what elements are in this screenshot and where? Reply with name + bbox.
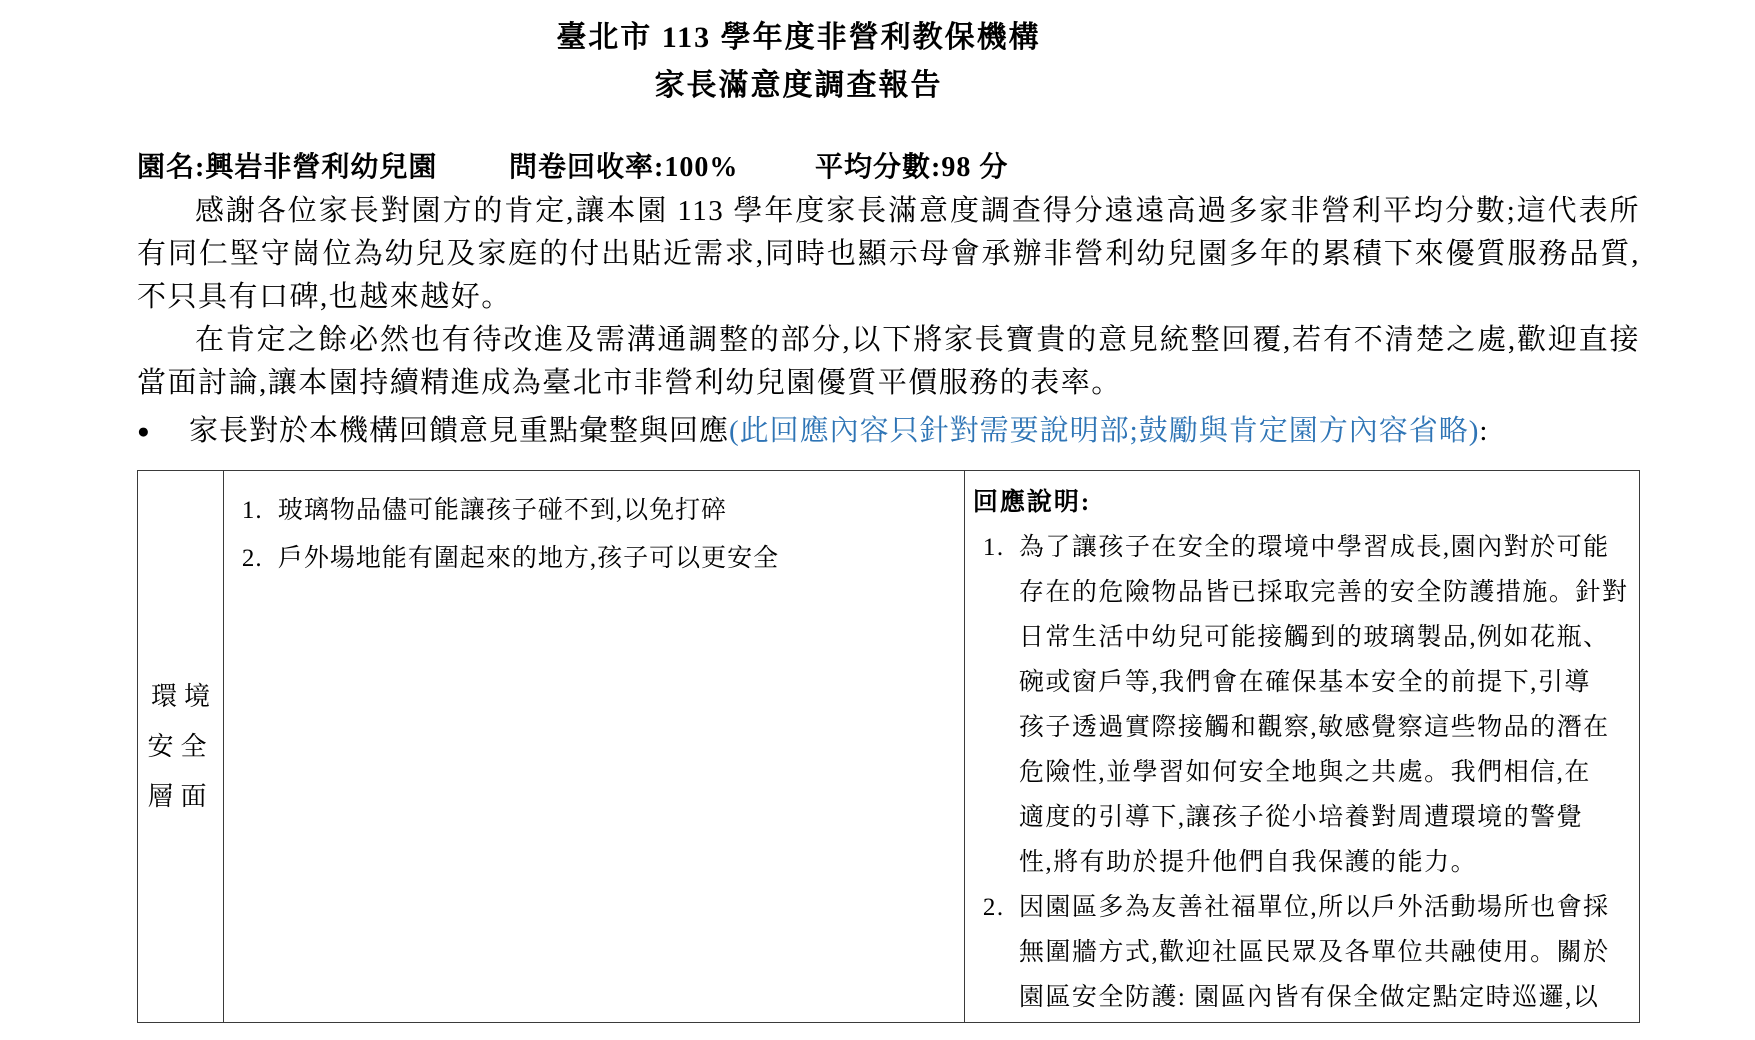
bullet-icon: ● — [137, 409, 189, 453]
bullet-blue-note: (此回應內容只針對需要說明部;鼓勵與肯定園方內容省略) — [729, 415, 1479, 447]
feedback-item-number: 2. — [232, 535, 278, 583]
feedback-response-table: 環境 安全 層面 1. 玻璃物品儘可能讓孩子碰不到,以免打碎 2. 戶外場地能有… — [137, 470, 1640, 1023]
info-line: 園名:興岩非營利幼兒園 問卷回收率:100% 平均分數:98 分 — [137, 146, 1640, 190]
garden-name: 園名:興岩非營利幼兒園 — [137, 146, 509, 190]
category-cell-environment-safety: 環境 安全 層面 — [138, 471, 224, 1022]
average-score: 平均分數:98 分 — [815, 146, 1008, 190]
bullet-black-text: 家長對於本機構回饋意見重點彙整與回應 — [189, 415, 729, 447]
title-line-1: 臺北市 113 學年度非營利教保機構 — [137, 14, 1460, 62]
feedback-item-text: 戶外場地能有圍起來的地方,孩子可以更安全 — [278, 535, 950, 583]
parent-feedback-cell: 1. 玻璃物品儘可能讓孩子碰不到,以免打碎 2. 戶外場地能有圍起來的地方,孩子… — [224, 471, 965, 1022]
response-item-text: 為了讓孩子在安全的環境中學習成長,園內對於可能 存在的危險物品皆已採取完善的安全… — [1019, 525, 1631, 885]
title-line-2: 家長滿意度調查報告 — [137, 62, 1460, 110]
bullet-tail: : — [1479, 415, 1488, 447]
response-item: 1. 為了讓孩子在安全的環境中學習成長,園內對於可能 存在的危險物品皆已採取完善… — [973, 525, 1631, 885]
questionnaire-response-rate: 問卷回收率:100% — [509, 146, 815, 190]
response-cell: 回應說明: 1. 為了讓孩子在安全的環境中學習成長,園內對於可能 存在的危險物品… — [965, 471, 1639, 1022]
response-item-number: 2. — [973, 885, 1019, 1020]
feedback-item: 2. 戶外場地能有圍起來的地方,孩子可以更安全 — [232, 535, 950, 583]
document-title: 臺北市 113 學年度非營利教保機構 家長滿意度調查報告 — [137, 14, 1640, 110]
feedback-item-number: 1. — [232, 487, 278, 535]
paragraph-appreciation: 感謝各位家長對園方的肯定,讓本園 113 學年度家長滿意度調查得分遠遠高過多家非… — [137, 190, 1640, 319]
document-page: 臺北市 113 學年度非營利教保機構 家長滿意度調查報告 園名:興岩非營利幼兒園… — [0, 0, 1755, 1040]
response-header: 回應說明: — [973, 481, 1631, 525]
feedback-item-text: 玻璃物品儘可能讓孩子碰不到,以免打碎 — [278, 487, 950, 535]
response-item-number: 1. — [973, 525, 1019, 885]
response-item: 2. 因園區多為友善社福單位,所以戶外活動場所也會採 無圍牆方式,歡迎社區民眾及… — [973, 885, 1631, 1020]
bullet-heading-text: 家長對於本機構回饋意見重點彙整與回應(此回應內容只針對需要說明部;鼓勵與肯定園方… — [189, 409, 1488, 453]
bullet-heading: ● 家長對於本機構回饋意見重點彙整與回應(此回應內容只針對需要說明部;鼓勵與肯定… — [137, 409, 1640, 453]
paragraph-improvement: 在肯定之餘必然也有待改進及需溝通調整的部分,以下將家長寶貴的意見統整回覆,若有不… — [137, 319, 1640, 405]
document-content: 臺北市 113 學年度非營利教保機構 家長滿意度調查報告 園名:興岩非營利幼兒園… — [137, 0, 1640, 453]
feedback-item: 1. 玻璃物品儘可能讓孩子碰不到,以免打碎 — [232, 487, 950, 535]
response-item-text: 因園區多為友善社福單位,所以戶外活動場所也會採 無圍牆方式,歡迎社區民眾及各單位… — [1019, 885, 1631, 1020]
